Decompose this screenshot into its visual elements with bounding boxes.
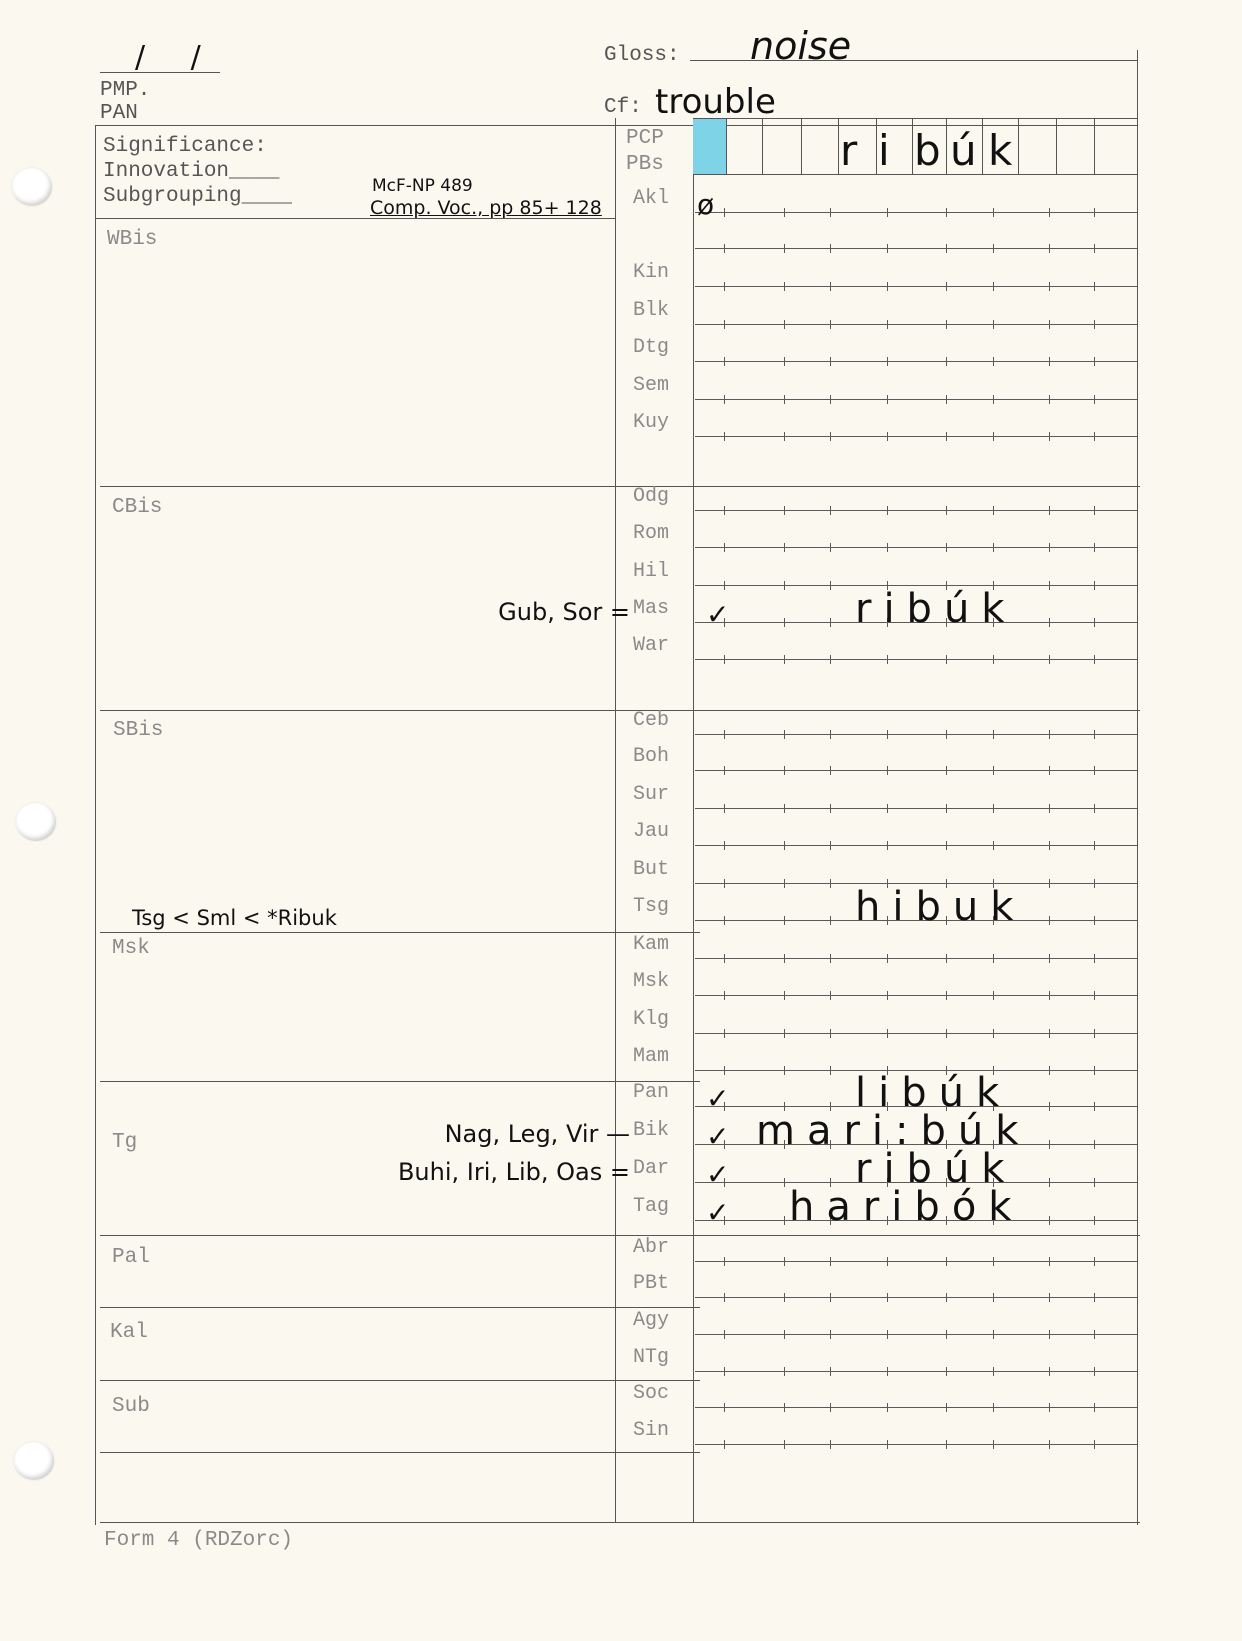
tick-mark (830, 1293, 831, 1302)
tick-mark (724, 395, 725, 404)
entry-line[interactable] (695, 1444, 1137, 1445)
tick-mark (784, 432, 785, 441)
tick-mark (887, 730, 888, 739)
tick-mark (993, 506, 994, 515)
language-code-abr: Abr (633, 1238, 683, 1258)
section-tg: Tg (112, 1132, 137, 1153)
tick-mark (1094, 1440, 1095, 1449)
tick-mark (887, 1440, 888, 1449)
tick-mark (784, 730, 785, 739)
tick-mark (1049, 1066, 1050, 1075)
section-divider-cbis (100, 486, 1140, 487)
pcp-label: PCP (626, 128, 664, 149)
tick-mark (830, 581, 831, 590)
tick-mark (1049, 1102, 1050, 1111)
tick-mark (887, 1257, 888, 1266)
tick-mark (830, 879, 831, 888)
significance-title: Significance: (103, 136, 267, 157)
language-code-jau: Jau (633, 822, 683, 842)
tick-mark (784, 916, 785, 925)
tick-mark (946, 357, 947, 366)
language-code-ntg: NTg (633, 1348, 683, 1368)
tick-mark (946, 506, 947, 515)
tick-mark (1094, 916, 1095, 925)
tick-mark (784, 1403, 785, 1412)
entry-line[interactable] (695, 510, 1137, 511)
tick-mark (724, 879, 725, 888)
tick-mark (724, 357, 725, 366)
entry-line[interactable] (695, 361, 1137, 362)
tick-mark (1094, 1140, 1095, 1149)
section-divider-sub (100, 1380, 700, 1381)
tick-mark (887, 1403, 888, 1412)
tick-mark (887, 357, 888, 366)
tick-mark (1049, 804, 1050, 813)
grid-cell-divider (801, 118, 802, 174)
tick-mark (1094, 1367, 1095, 1376)
tick-mark (1049, 1178, 1050, 1187)
tick-mark (887, 1029, 888, 1038)
tick-mark (830, 543, 831, 552)
tick-mark (993, 841, 994, 850)
section-pal: Pal (112, 1247, 150, 1268)
section-kal: Kal (110, 1322, 148, 1343)
tick-mark (1049, 432, 1050, 441)
tick-mark (784, 1330, 785, 1339)
language-code-tag: Tag (633, 1197, 683, 1217)
tick-mark (1094, 244, 1095, 253)
tick-mark (830, 1029, 831, 1038)
tick-mark (993, 1403, 994, 1412)
tick-mark (784, 1216, 785, 1225)
language-code-kin: Kin (633, 263, 683, 283)
column-divider-right (693, 118, 694, 1523)
grid-cell-divider (838, 118, 839, 174)
tick-mark (946, 543, 947, 552)
tick-mark (1049, 543, 1050, 552)
punch-hole-top (12, 168, 52, 206)
reconstruction-letter: k (988, 126, 1012, 175)
column-divider-left (615, 118, 616, 1523)
entry-line[interactable] (695, 1033, 1137, 1034)
entry-line[interactable] (695, 324, 1137, 325)
grid-cell-divider (876, 118, 877, 174)
language-code-bik: Bik (633, 1121, 683, 1141)
tick-mark (946, 282, 947, 291)
reconstruction-letter: ú (950, 126, 977, 175)
tick-mark (724, 804, 725, 813)
tick-mark (724, 1029, 725, 1038)
tick-mark (1094, 1257, 1095, 1266)
tick-mark (993, 208, 994, 217)
tick-mark (724, 432, 725, 441)
subgrouping-label: Subgrouping____ (103, 186, 292, 207)
section-divider-kal (100, 1307, 700, 1308)
entry-line[interactable] (695, 1371, 1137, 1372)
tick-mark (1049, 1029, 1050, 1038)
language-code-sur: Sur (633, 785, 683, 805)
tick-mark (724, 1440, 725, 1449)
tick-mark (724, 282, 725, 291)
tick-mark (1049, 506, 1050, 515)
tick-mark (1094, 618, 1095, 627)
tick-mark (784, 618, 785, 627)
date-marks: / / (135, 40, 219, 75)
frame-left (95, 125, 96, 1525)
tick-mark (1049, 581, 1050, 590)
tick-mark (1094, 954, 1095, 963)
tick-mark (1094, 766, 1095, 775)
tick-mark (830, 506, 831, 515)
language-code-soc: Soc (633, 1384, 683, 1404)
tick-mark (724, 581, 725, 590)
tick-mark (887, 991, 888, 1000)
tick-mark (724, 916, 725, 925)
tick-mark (830, 954, 831, 963)
tick-mark (830, 1066, 831, 1075)
tick-mark (724, 208, 725, 217)
tick-mark (784, 954, 785, 963)
section-divider-sbis (100, 710, 1140, 711)
cf-value[interactable]: trouble (655, 82, 776, 122)
tick-mark (724, 655, 725, 664)
tick-mark (1094, 320, 1095, 329)
tick-mark (784, 1367, 785, 1376)
tick-mark (830, 804, 831, 813)
tick-mark (830, 208, 831, 217)
tick-mark (1049, 991, 1050, 1000)
source-note-line2: Comp. Voc., pp 85+ 128 (370, 197, 602, 219)
language-code-sin: Sin (633, 1421, 683, 1441)
reflex-form-mas: ribúk (855, 586, 1016, 632)
language-code-mas: Mas (633, 599, 683, 619)
tick-mark (946, 730, 947, 739)
tick-mark (993, 1257, 994, 1266)
tick-mark (724, 730, 725, 739)
entry-line[interactable] (695, 1334, 1137, 1335)
entry-line[interactable] (695, 770, 1137, 771)
language-code-agy: Agy (633, 1311, 683, 1331)
tick-mark (1049, 208, 1050, 217)
reconstruction-letter: r (840, 126, 857, 175)
tick-mark (1094, 730, 1095, 739)
tick-mark (1049, 320, 1050, 329)
tick-mark (830, 841, 831, 850)
tick-mark (993, 766, 994, 775)
tick-mark (784, 879, 785, 888)
tick-mark (946, 841, 947, 850)
section-sbis: SBis (113, 720, 163, 741)
tick-mark (993, 1293, 994, 1302)
tick-mark (830, 618, 831, 627)
tick-mark (946, 1293, 947, 1302)
tick-mark (993, 991, 994, 1000)
tick-mark (1049, 879, 1050, 888)
entry-line[interactable] (695, 248, 1137, 249)
tick-mark (993, 655, 994, 664)
tick-mark (1049, 357, 1050, 366)
tick-mark (993, 730, 994, 739)
tick-mark (830, 357, 831, 366)
tick-mark (830, 320, 831, 329)
tick-mark (724, 954, 725, 963)
tick-mark (830, 432, 831, 441)
entry-line[interactable] (695, 286, 1137, 287)
tick-mark (784, 841, 785, 850)
tick-mark (1049, 916, 1050, 925)
pan-label: PAN (100, 103, 138, 124)
tick-mark (887, 208, 888, 217)
gloss-label: Gloss: (604, 45, 680, 66)
tick-mark (784, 1029, 785, 1038)
tick-mark (946, 1403, 947, 1412)
language-code-ceb: Ceb (633, 711, 683, 731)
language-code-msk: Msk (633, 972, 683, 992)
tick-mark (946, 395, 947, 404)
entry-line[interactable] (695, 845, 1137, 846)
language-code-mam: Mam (633, 1047, 683, 1067)
entry-line[interactable] (695, 995, 1137, 996)
tick-mark (1094, 879, 1095, 888)
tick-mark (1049, 1367, 1050, 1376)
tick-mark (887, 841, 888, 850)
tick-mark (946, 320, 947, 329)
dialect-note-mas: Gub, Sor = (498, 598, 630, 626)
check-icon: ✓ (706, 1158, 729, 1191)
tick-mark (946, 1257, 947, 1266)
tick-mark (887, 1367, 888, 1376)
tick-mark (946, 766, 947, 775)
reflex-form-tsg: hibuk (855, 884, 1025, 930)
tick-mark (784, 1066, 785, 1075)
tick-mark (830, 655, 831, 664)
tick-mark (830, 766, 831, 775)
pmp-label: PMP. (100, 80, 150, 101)
section-divider-msk (100, 932, 700, 933)
language-code-klg: Klg (633, 1010, 683, 1030)
tick-mark (724, 1257, 725, 1266)
tick-mark (784, 320, 785, 329)
grid-cell-divider (912, 118, 913, 174)
language-code-war: War (633, 636, 683, 656)
tick-mark (1049, 1257, 1050, 1266)
tick-mark (887, 804, 888, 813)
tick-mark (724, 320, 725, 329)
entry-line[interactable] (695, 399, 1137, 400)
entry-line[interactable] (695, 1261, 1137, 1262)
tick-mark (1049, 1440, 1050, 1449)
tick-mark (887, 1330, 888, 1339)
reconstruction-highlight-cell (693, 118, 726, 174)
language-code-sem: Sem (633, 376, 683, 396)
tick-mark (1094, 357, 1095, 366)
frame-top (95, 125, 1137, 126)
tick-mark (1094, 432, 1095, 441)
entry-line[interactable] (695, 547, 1137, 548)
entry-line[interactable] (695, 1297, 1137, 1298)
section-sub: Sub (112, 1396, 150, 1417)
tick-mark (830, 1440, 831, 1449)
language-code-blk: Blk (633, 301, 683, 321)
reconstruction-row-top (693, 118, 1137, 119)
tick-mark (1094, 655, 1095, 664)
punch-hole-bottom (14, 1442, 54, 1480)
grid-cell-divider (1018, 118, 1019, 174)
tick-mark (724, 543, 725, 552)
tick-mark (830, 730, 831, 739)
entry-line[interactable] (695, 958, 1137, 959)
check-icon: ✓ (706, 598, 729, 631)
tick-mark (784, 357, 785, 366)
tick-mark (724, 244, 725, 253)
tick-mark (1049, 1293, 1050, 1302)
tick-mark (724, 506, 725, 515)
reconstruction-letter: b (914, 126, 941, 175)
tick-mark (993, 954, 994, 963)
entry-line[interactable] (695, 212, 1137, 213)
tick-mark (1094, 1216, 1095, 1225)
language-code-tsg: Tsg (633, 897, 683, 917)
tick-mark (993, 1029, 994, 1038)
tick-mark (784, 244, 785, 253)
tick-mark (887, 244, 888, 253)
reconstruction-letter: i (878, 126, 890, 175)
section-divider-bottom (100, 1452, 700, 1453)
grid-cell-divider (726, 118, 727, 174)
grid-cell-divider (946, 118, 947, 174)
entry-line[interactable] (695, 436, 1137, 437)
entry-line[interactable] (695, 1407, 1137, 1408)
grid-cell-divider (1094, 118, 1095, 174)
tick-mark (1049, 1216, 1050, 1225)
gloss-value[interactable]: noise (750, 24, 851, 68)
tick-mark (784, 282, 785, 291)
tick-mark (1049, 1403, 1050, 1412)
language-code-kam: Kam (633, 935, 683, 955)
tick-mark (830, 1330, 831, 1339)
tick-mark (887, 954, 888, 963)
tick-mark (830, 282, 831, 291)
tick-mark (724, 991, 725, 1000)
tick-mark (887, 1293, 888, 1302)
tick-mark (1049, 618, 1050, 627)
tick-mark (993, 804, 994, 813)
tick-mark (946, 432, 947, 441)
tick-mark (1094, 1178, 1095, 1187)
entry-line[interactable] (695, 659, 1137, 660)
tick-mark (946, 804, 947, 813)
tick-mark (784, 395, 785, 404)
check-icon: ✓ (706, 1120, 729, 1153)
language-code-dar: Dar (633, 1159, 683, 1179)
tick-mark (1049, 244, 1050, 253)
entry-line[interactable] (695, 734, 1137, 735)
dialect-note-dar: Buhi, Iri, Lib, Oas = (398, 1158, 630, 1186)
check-icon: ✓ (706, 1196, 729, 1229)
significance-divider (95, 218, 615, 219)
tick-mark (1049, 1330, 1050, 1339)
tick-mark (993, 432, 994, 441)
tick-mark (784, 543, 785, 552)
tick-mark (887, 543, 888, 552)
frame-right (1137, 50, 1138, 1525)
punch-hole-middle (16, 803, 56, 841)
language-code-hil: Hil (633, 562, 683, 582)
tick-mark (946, 991, 947, 1000)
tick-mark (1049, 395, 1050, 404)
tick-mark (830, 1367, 831, 1376)
tick-mark (887, 282, 888, 291)
tick-mark (784, 208, 785, 217)
tick-mark (1094, 841, 1095, 850)
tick-mark (946, 655, 947, 664)
dialect-note-bik: Nag, Leg, Vir — (445, 1120, 630, 1148)
tick-mark (1094, 395, 1095, 404)
tick-mark (887, 395, 888, 404)
tick-mark (993, 357, 994, 366)
entry-line[interactable] (695, 808, 1137, 809)
tick-mark (1094, 1403, 1095, 1412)
tick-mark (784, 1257, 785, 1266)
tick-mark (784, 766, 785, 775)
tick-mark (887, 506, 888, 515)
section-divider-tg (100, 1081, 700, 1082)
tick-mark (1094, 1066, 1095, 1075)
section-divider-pal (100, 1235, 1140, 1236)
check-icon: ✓ (706, 1082, 729, 1115)
tick-mark (946, 1367, 947, 1376)
language-code-kuy: Kuy (633, 413, 683, 433)
tick-mark (1049, 841, 1050, 850)
tick-mark (1094, 1330, 1095, 1339)
tick-mark (946, 1029, 947, 1038)
tick-mark (1094, 581, 1095, 590)
language-code-akl: Akl (633, 189, 683, 209)
tick-mark (1049, 954, 1050, 963)
date-underline (100, 72, 220, 73)
tick-mark (946, 1440, 947, 1449)
tick-mark (887, 766, 888, 775)
source-note-line1: McF-NP 489 (372, 176, 473, 196)
language-code-rom: Rom (633, 524, 683, 544)
tick-mark (946, 208, 947, 217)
tick-mark (1094, 991, 1095, 1000)
tick-mark (830, 395, 831, 404)
tick-mark (784, 804, 785, 813)
tick-mark (1049, 730, 1050, 739)
language-code-dtg: Dtg (633, 338, 683, 358)
grid-cell-divider (982, 118, 983, 174)
tick-mark (724, 841, 725, 850)
tick-mark (1094, 543, 1095, 552)
tick-mark (1094, 506, 1095, 515)
tick-mark (993, 320, 994, 329)
tick-mark (993, 282, 994, 291)
reflex-form-tag: haribók (789, 1184, 1023, 1230)
grid-cell-divider (762, 118, 763, 174)
tick-mark (784, 655, 785, 664)
cf-label: Cf: (604, 97, 642, 118)
tick-mark (946, 244, 947, 253)
tick-mark (1049, 655, 1050, 664)
section-msk: Msk (112, 938, 150, 959)
tick-mark (993, 395, 994, 404)
tick-mark (1094, 1029, 1095, 1038)
tick-mark (724, 1367, 725, 1376)
grid-cell-divider (1056, 118, 1057, 174)
form-footer: Form 4 (RDZorc) (104, 1530, 293, 1551)
tick-mark (1094, 1293, 1095, 1302)
